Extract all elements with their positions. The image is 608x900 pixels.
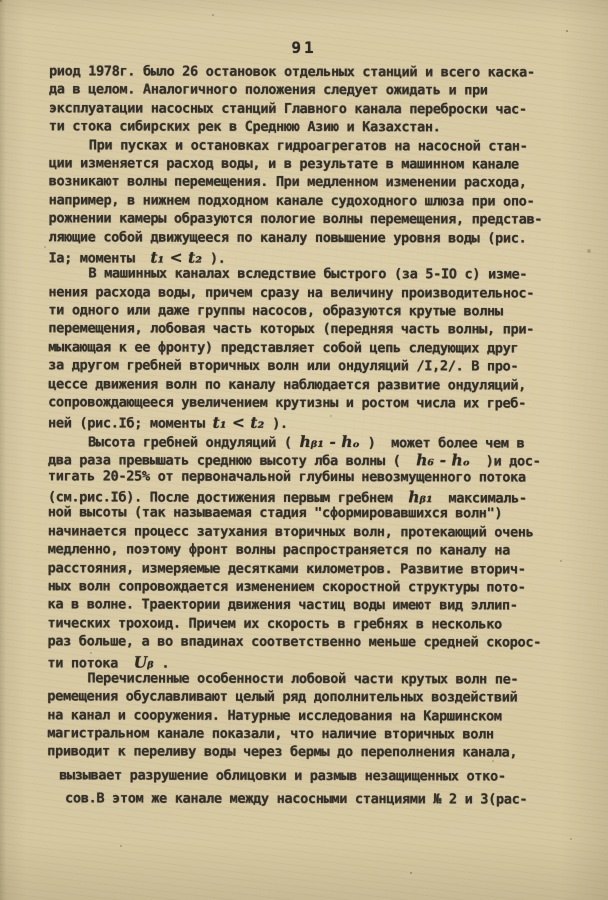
text-segment: ти стока сибирских рек в Среднюю Азию и …: [49, 118, 441, 135]
text-line: медленно, поэтому фронт волны распростра…: [48, 541, 596, 561]
text-line: начинается процесс затухания вторичных в…: [48, 523, 596, 543]
text-line: сопровождающееся увеличением крутизны и …: [48, 394, 596, 414]
text-line: тигать 20-25% от первоначальной глубины …: [48, 468, 596, 488]
text-line: цессе движения волн по каналу наблюдаетс…: [48, 376, 596, 396]
text-segment: на канал и сооружения. Натурные исследов…: [47, 707, 501, 724]
text-line: При пусках и остановках гидроагрегатов н…: [49, 137, 597, 157]
text-segment: возникают волны перемещения. При медленн…: [49, 174, 527, 191]
text-line: ка в волне. Траектории движения частиц в…: [48, 597, 596, 617]
text-segment: медленно, поэтому фронт волны распростра…: [48, 541, 510, 558]
text-line: мыкающая к ее фронту) представляет собой…: [48, 339, 596, 359]
text-line: расстояния, измеряемые десятками километ…: [48, 560, 596, 580]
text-line: два раза превышать среднюю высоту лба во…: [48, 449, 596, 469]
text-line: Высота гребней ондуляций ( hᵦ₁ - hₒ ) мо…: [48, 431, 596, 451]
text-segment: раз больше, а во впадинах соответственно…: [47, 633, 541, 650]
text-segment: ней (рис.Iб; моменты: [48, 416, 213, 432]
text-segment: В машинных каналах вследствие быстрого (…: [88, 266, 527, 283]
text-line: ции изменяется расход воды, и в результа…: [49, 155, 597, 175]
text-line: сов.В этом же канале между насосными ста…: [47, 791, 595, 811]
text-segment: вызывает разрушение облицовки и размыв н…: [59, 767, 506, 784]
text-segment: сопровождающееся увеличением крутизны и …: [48, 394, 526, 411]
text-segment: ти одного или даже группы насосов, образ…: [48, 302, 502, 319]
text-segment: два раза превышать среднюю высоту лба во…: [48, 452, 416, 469]
text-line: тических трохоид. Причем их скорость в г…: [47, 615, 595, 635]
inline-formula: t₁ < t₂: [213, 413, 265, 432]
page-number: 91: [0, 38, 608, 57]
text-segment: нения расхода воды, причем сразу на вели…: [48, 284, 534, 301]
inline-formula: h₆ - hₒ: [416, 450, 470, 469]
text-line: рожнении камеры образуются пологие волны…: [49, 210, 597, 230]
text-segment: ремещения обуславливают целый ряд дополн…: [47, 689, 517, 706]
text-line: на канал и сооружения. Натурные исследов…: [47, 707, 595, 727]
text-segment: Высота гребней ондуляций (: [88, 434, 300, 451]
text-line: эксплуатации насосных станций Главного к…: [49, 100, 597, 120]
text-segment: например, в нижнем подходном канале судо…: [49, 192, 535, 209]
text-segment: ).: [264, 416, 288, 432]
text-line: ти одного или даже группы насосов, образ…: [48, 302, 596, 322]
text-segment: ных волн сопровождается изменением скоро…: [48, 578, 526, 595]
text-segment: сов.В этом же канале между насосными ста…: [65, 791, 527, 808]
text-segment: эксплуатации насосных станций Главного к…: [49, 100, 527, 117]
inline-formula: hᵦ₁: [408, 487, 433, 506]
text-line: приводит к переливу воды через бермы до …: [47, 744, 595, 764]
text-line: ляющие собой движущееся по каналу повыше…: [48, 229, 596, 249]
text-segment: )и дос-: [470, 454, 541, 470]
text-segment: за другом гребней вторичных волн или онд…: [48, 358, 518, 375]
text-segment: ).: [202, 251, 226, 267]
text-line: да в целом. Аналогичного положения следу…: [49, 82, 597, 102]
text-segment: ти потока: [47, 655, 133, 671]
text-segment: мыкающая к ее фронту) представляет собой…: [48, 339, 518, 356]
text-line: Перечисленные особенности лобовой части …: [47, 670, 595, 690]
text-segment: приводит к переливу воды через бермы до …: [47, 744, 517, 761]
text-segment: максималь-: [433, 490, 527, 506]
text-line: ти стока сибирских рек в Среднюю Азию и …: [49, 118, 597, 138]
text-segment: .: [154, 655, 170, 671]
text-line: например, в нижнем подходном канале судо…: [49, 192, 597, 212]
text-line: ти потока Uᵦ .: [47, 652, 595, 672]
text-line: ной высоты (так называемая стадия "сформ…: [48, 505, 596, 525]
inline-formula: t₁ < t₂: [150, 247, 202, 266]
text-segment: тигать 20-25% от первоначальной глубины …: [48, 468, 526, 485]
text-line: риод 1978г. было 26 остановок отдельных …: [49, 63, 597, 83]
scanned-page: 91 риод 1978г. было 26 остановок отдельн…: [0, 0, 608, 900]
text-segment: ляющие собой движущееся по каналу повыше…: [49, 229, 527, 246]
text-line: Iа; моменты t₁ < t₂ ).: [48, 247, 596, 267]
text-segment: риод 1978г. было 26 остановок отдельных …: [49, 63, 535, 80]
text-line: перемещения, лобовая часть которых (пере…: [48, 321, 596, 341]
text-line: ных волн сопровождается изменением скоро…: [48, 578, 596, 598]
paper-specks: [0, 0, 2, 2]
text-segment: цессе движения волн по каналу наблюдаетс…: [48, 376, 526, 393]
text-segment: ции изменяется расход воды, и в результа…: [49, 155, 519, 172]
text-segment: ной высоты (так называемая стадия "сформ…: [48, 505, 502, 522]
text-segment: магистральном канале показали, что налич…: [47, 725, 494, 742]
inline-formula: Uᵦ: [134, 652, 154, 671]
text-line: нения расхода воды, причем сразу на вели…: [48, 284, 596, 304]
text-segment: Перечисленные особенности лобовой части …: [87, 670, 518, 687]
text-segment: начинается процесс затухания вторичных в…: [48, 523, 534, 540]
text-segment: ка в волне. Траектории движения частиц в…: [48, 597, 518, 614]
text-line: ремещения обуславливают целый ряд дополн…: [47, 689, 595, 709]
text-segment: перемещения, лобовая часть которых (пере…: [48, 321, 534, 338]
text-segment: Iа; моменты: [48, 250, 150, 266]
text-segment: тических трохоид. Причем их скорость в г…: [47, 615, 501, 632]
text-line: возникают волны перемещения. При медленн…: [49, 174, 597, 194]
text-segment: При пусках и остановках гидроагрегатов н…: [89, 137, 528, 154]
page-text: риод 1978г. было 26 остановок отдельных …: [47, 63, 597, 810]
text-line: ней (рис.Iб; моменты t₁ < t₂ ).: [48, 413, 596, 433]
text-line: раз больше, а во впадинах соответственно…: [47, 633, 595, 653]
text-line: магистральном канале показали, что налич…: [47, 725, 595, 745]
text-line: за другом гребней вторичных волн или онд…: [48, 358, 596, 378]
text-segment: ) может более чем в: [360, 435, 525, 451]
text-line: В машинных каналах вследствие быстрого (…: [48, 266, 596, 286]
text-line: вызывает разрушение облицовки и размыв н…: [47, 767, 595, 787]
text-segment: расстояния, измеряемые десятками километ…: [48, 560, 526, 577]
inline-formula: hᵦ₁ - hₒ: [299, 432, 359, 451]
text-line: (см.рис.Iб). После достижения первым гре…: [48, 486, 596, 506]
text-segment: да в целом. Аналогичного положения следу…: [49, 82, 488, 99]
text-segment: рожнении камеры образуются пологие волны…: [49, 210, 543, 227]
